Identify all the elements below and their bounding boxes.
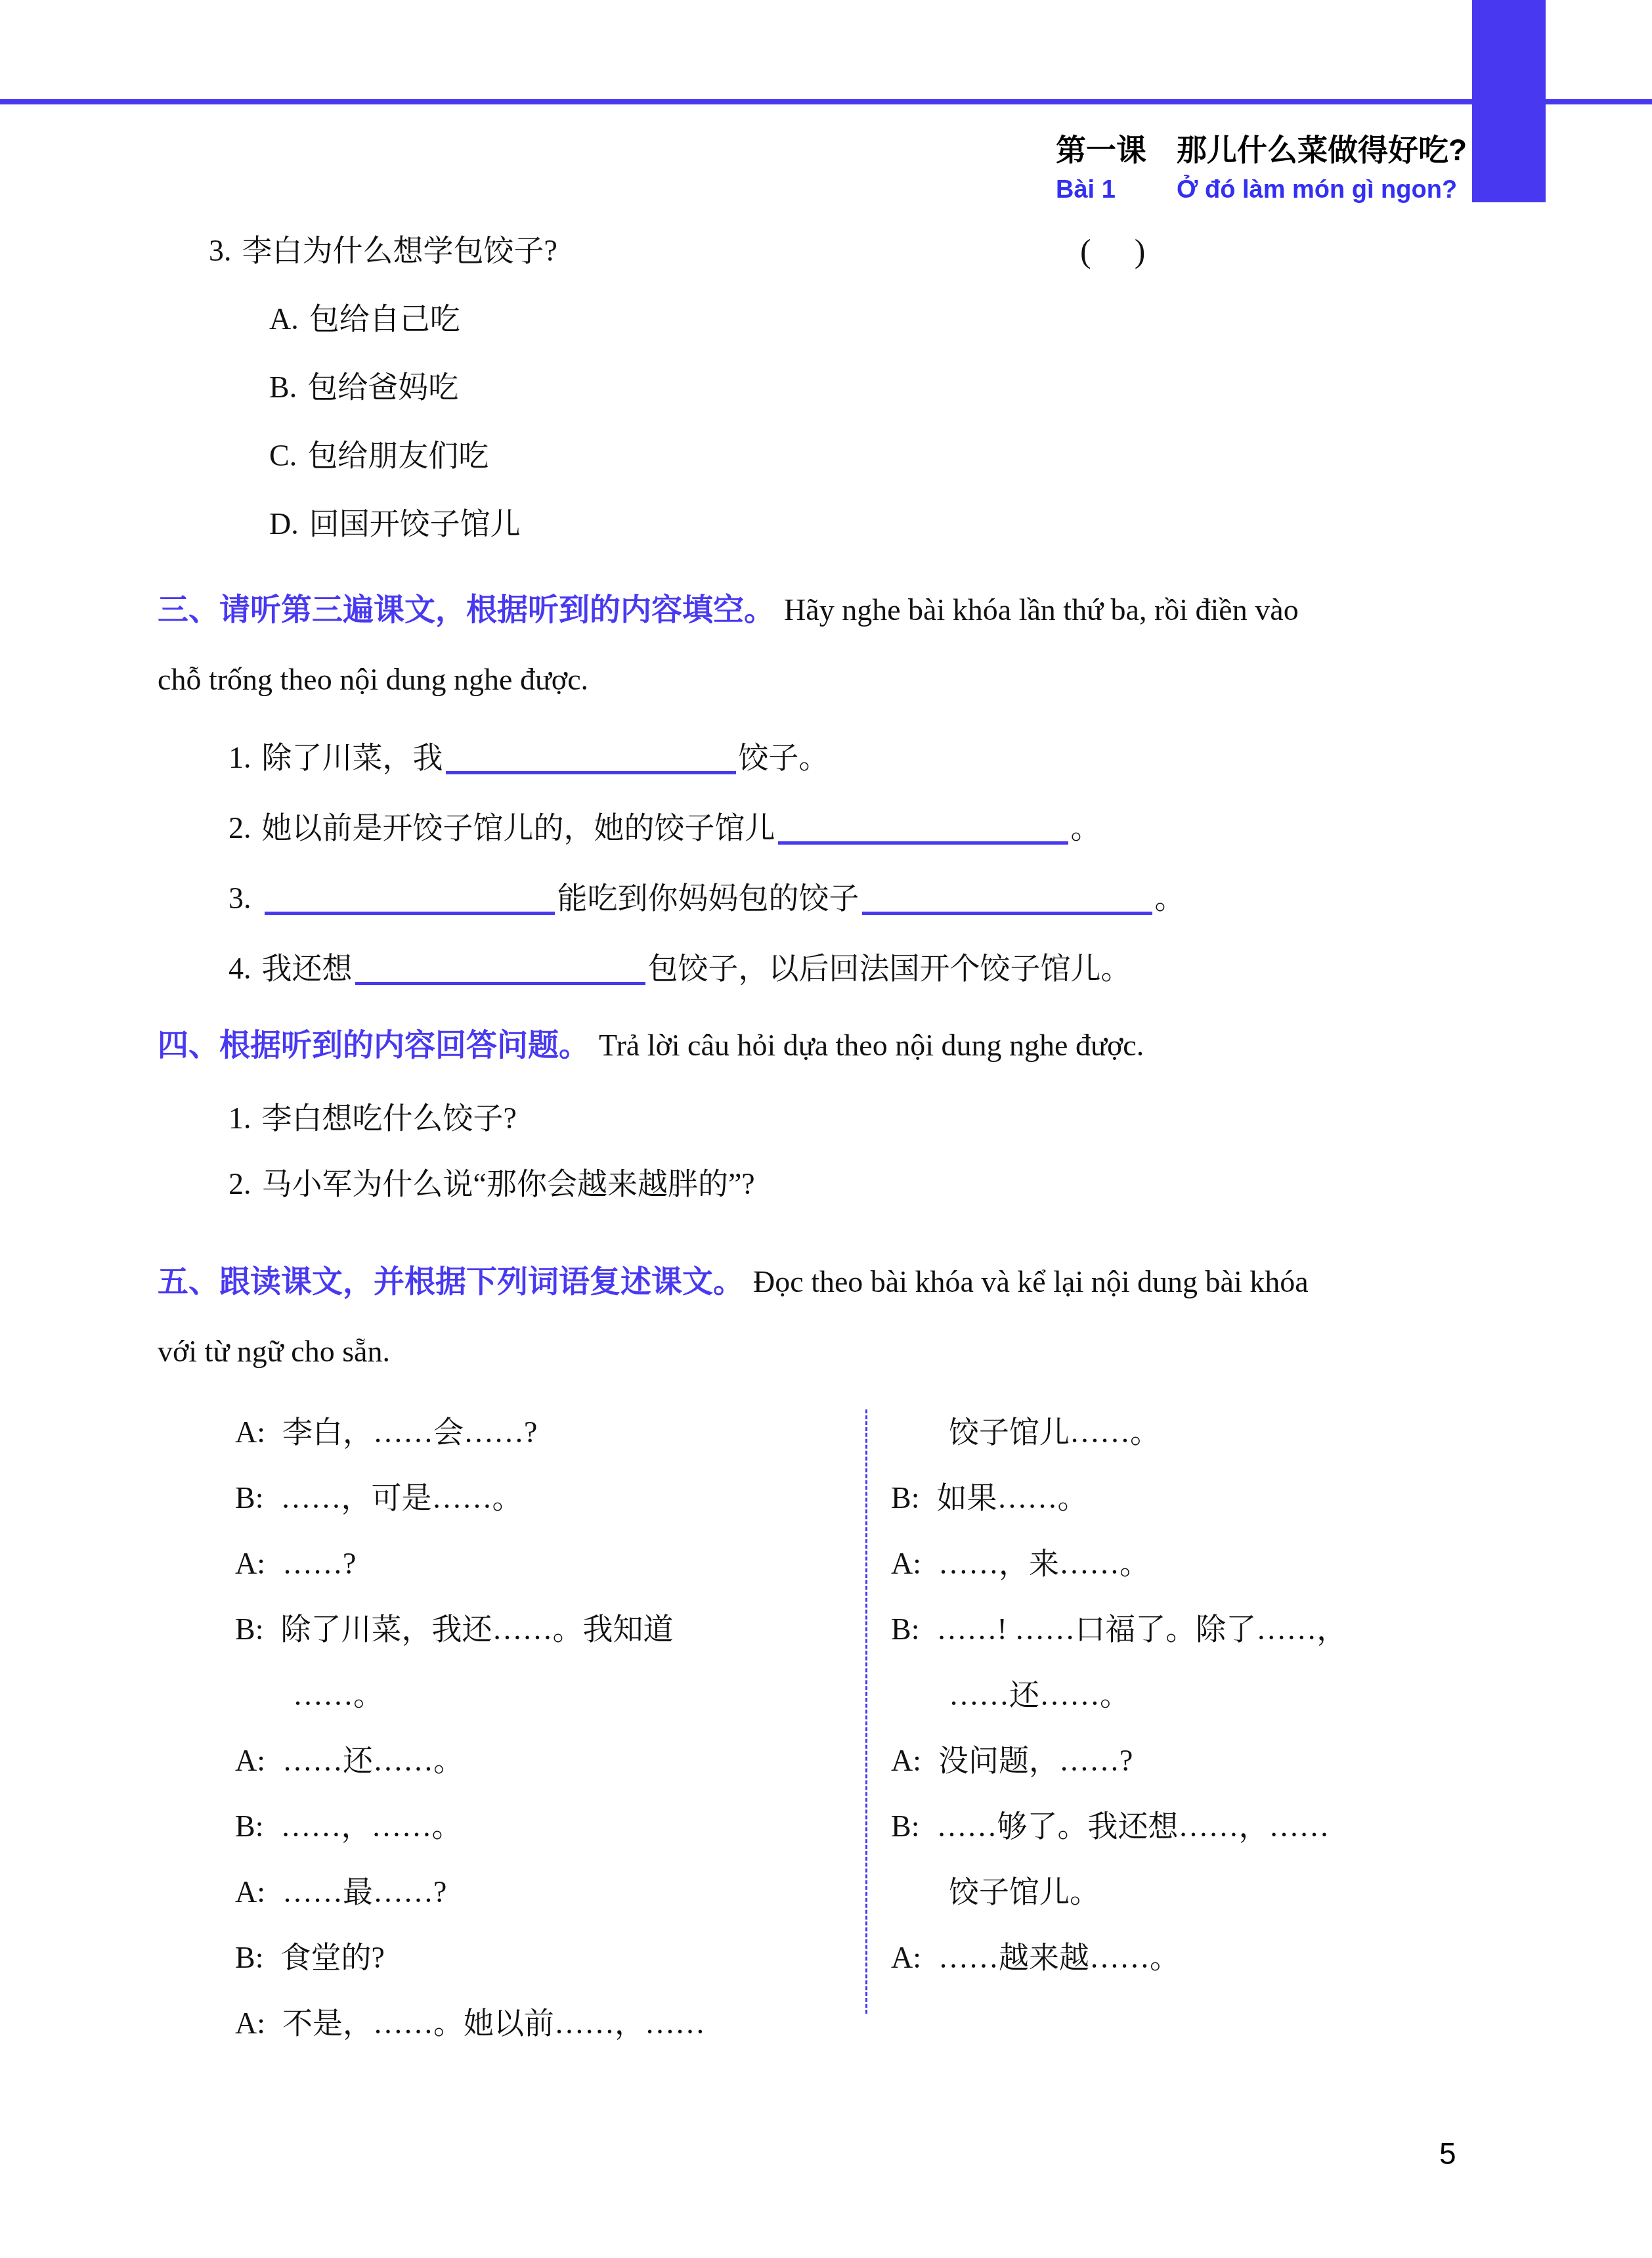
section-three-heading-zh: 三、请听第三遍课文，根据听到的内容填空。 — [158, 592, 775, 627]
answer-option: B.包给爸妈吃 — [269, 353, 1652, 422]
item-text: 马小军为什么说“那你会越来越胖的”? — [262, 1167, 755, 1201]
section-five-heading: 五、跟读课文，并根据下列词语复述课文。Đọc theo bài khóa và … — [158, 1247, 1333, 1386]
header-rule — [0, 99, 1652, 104]
page-number: 5 — [1439, 2136, 1456, 2171]
dialogue-line: A:……还……。 — [235, 1728, 865, 1794]
speaker-label: B: — [891, 1481, 919, 1515]
dialogue-text: 除了川菜，我还……。我知道 — [280, 1612, 673, 1646]
item-text: 她以前是开饺子馆儿的，她的饺子馆儿 — [262, 811, 775, 845]
dialogue-text: ……? — [282, 1547, 356, 1580]
dialogue-line: B:……，可是……。 — [235, 1465, 865, 1531]
dialogue-line: 饺子馆儿……。 — [949, 1400, 1482, 1465]
dialogue-text: ……越来越……。 — [938, 1941, 1180, 1974]
dialogue-line: ……。 — [293, 1662, 865, 1728]
item-text: 包饺子，以后回法国开个饺子馆儿。 — [648, 952, 1131, 985]
worksheet-content: 3.李白为什么想学包饺子? () A.包给自己吃B.包给爸妈吃C.包给朋友们吃D… — [0, 0, 1652, 2056]
dialogue-line: B:……够了。我还想……，…… — [891, 1794, 1482, 1859]
option-label: C. — [269, 439, 297, 472]
dialogue-line: B:除了川菜，我还……。我知道 — [235, 1597, 865, 1662]
item-number: 2. — [228, 811, 251, 845]
item-number: 4. — [228, 952, 251, 985]
option-text: 包给爸妈吃 — [307, 370, 458, 404]
item-number: 3. — [228, 881, 251, 915]
item-number: 1. — [228, 741, 251, 774]
answer-brackets: () — [1080, 217, 1145, 285]
dialogue-line: A:……最……? — [235, 1859, 865, 1925]
fill-item: 1.除了川菜，我饺子。 — [228, 722, 1652, 793]
item-text: 饺子。 — [739, 741, 829, 774]
answer-option: D.回国开饺子馆儿 — [269, 490, 1652, 558]
lesson-number-vi: Bài 1 — [1056, 176, 1177, 204]
dialogue-text: ……还……。 — [282, 1744, 464, 1777]
fill-blank — [265, 879, 555, 915]
answer-option: C.包给朋友们吃 — [269, 422, 1652, 490]
speaker-label: A: — [891, 1941, 921, 1974]
option-text: 回国开饺子馆儿 — [309, 507, 521, 541]
dialogue-line: B:……! ……口福了。除了……， — [891, 1597, 1482, 1662]
option-text: 包给朋友们吃 — [307, 439, 489, 472]
q3-options: A.包给自己吃B.包给爸妈吃C.包给朋友们吃D.回国开饺子馆儿 — [269, 285, 1652, 558]
item-number: 1. — [228, 1101, 251, 1135]
dialogue-text: ……，可是……。 — [280, 1481, 522, 1515]
item-text: 。 — [1155, 881, 1185, 915]
section-three-heading: 三、请听第三遍课文，根据听到的内容填空。Hãy nghe bài khóa lầ… — [158, 575, 1333, 715]
dialogue-line: B:食堂的? — [235, 1925, 865, 1991]
section-four-heading-zh: 四、根据听到的内容回答问题。 — [158, 1027, 590, 1062]
dialogue-line: A:不是，……。她以前……，…… — [235, 1991, 865, 2056]
option-label: B. — [269, 370, 297, 404]
lesson-header: 第一课 那儿什么菜做得好吃? Bài 1 Ở đó làm món gì ngo… — [1056, 126, 1467, 204]
fill-blank — [446, 738, 736, 774]
dialogue-text: 饺子馆儿……。 — [949, 1415, 1160, 1449]
dialogue-table: A:李白，……会……?B:……，可是……。A:……?B:除了川菜，我还……。我知… — [235, 1400, 1652, 2056]
dialogue-text: ……还……。 — [949, 1678, 1130, 1712]
dialogue-line: B:……，……。 — [235, 1794, 865, 1859]
speaker-label: B: — [235, 1941, 263, 1974]
dialogue-text: ……够了。我还想……，…… — [936, 1809, 1329, 1843]
speaker-label: B: — [891, 1612, 919, 1646]
speaker-label: A: — [235, 1547, 265, 1580]
dialogue-line: ……还……。 — [949, 1662, 1482, 1728]
dialogue-line: B:如果……。 — [891, 1465, 1482, 1531]
dialogue-text: 饺子馆儿。 — [949, 1875, 1100, 1909]
section-four-heading-vi: Trả lời câu hỏi dựa theo nội dung nghe đ… — [599, 1029, 1144, 1062]
dialogue-line: A:……，来……。 — [891, 1531, 1482, 1597]
lesson-title-vi: Ở đó làm món gì ngon? — [1177, 176, 1467, 204]
option-label: D. — [269, 507, 299, 541]
item-text: 。 — [1071, 811, 1101, 845]
section-four: 四、根据听到的内容回答问题。Trả lời câu hỏi dựa theo n… — [158, 1010, 1652, 1217]
speaker-label: A: — [235, 1744, 265, 1777]
worksheet-page: 第一课 那儿什么菜做得好吃? Bài 1 Ở đó làm món gì ngo… — [0, 0, 1652, 2258]
option-text: 包给自己吃 — [309, 302, 460, 336]
question-number: 3. — [209, 234, 232, 267]
section-five-heading-zh: 五、跟读课文，并根据下列词语复述课文。 — [158, 1264, 744, 1298]
item-text: 除了川菜，我 — [262, 741, 443, 774]
dialogue-line: A:没问题，……? — [891, 1728, 1482, 1794]
dialogue-right: 饺子馆儿……。B:如果……。A:……，来……。B:……! ……口福了。除了……，… — [867, 1400, 1482, 2056]
dialogue-text: 不是，……。她以前……，…… — [282, 2006, 705, 2040]
question-3-stem: 3.李白为什么想学包饺子? () — [209, 217, 1652, 285]
dialogue-text: 没问题，……? — [938, 1744, 1133, 1777]
section-five: 五、跟读课文，并根据下列词语复述课文。Đọc theo bài khóa và … — [158, 1247, 1652, 2056]
dialogue-text: ……! ……口福了。除了……， — [936, 1612, 1347, 1646]
speaker-label: A: — [235, 2006, 265, 2040]
fill-blank — [862, 879, 1152, 915]
dialogue-text: 食堂的? — [280, 1941, 384, 1974]
fill-blank — [355, 949, 645, 985]
speaker-label: A: — [891, 1744, 921, 1777]
question-3: 3.李白为什么想学包饺子? () A.包给自己吃B.包给爸妈吃C.包给朋友们吃D… — [209, 217, 1652, 558]
dialogue-line: A:……越来越……。 — [891, 1925, 1482, 1991]
question-item: 2.马小军为什么说“那你会越来越胖的”? — [228, 1151, 1652, 1217]
dialogue-left: A:李白，……会……?B:……，可是……。A:……?B:除了川菜，我还……。我知… — [235, 1400, 865, 2056]
section-three: 三、请听第三遍课文，根据听到的内容填空。Hãy nghe bài khóa lầ… — [158, 575, 1652, 1004]
speaker-label: B: — [235, 1481, 263, 1515]
dialogue-text: ……，来……。 — [938, 1547, 1150, 1580]
option-label: A. — [269, 302, 299, 336]
speaker-label: A: — [235, 1875, 265, 1909]
question-text: 李白为什么想学包饺子? — [242, 234, 557, 267]
dialogue-text: ……。 — [293, 1678, 383, 1712]
fill-item: 4.我还想包饺子，以后回法国开个饺子馆儿。 — [228, 933, 1652, 1004]
lesson-number-zh: 第一课 — [1056, 126, 1177, 169]
item-text: 我还想 — [262, 952, 353, 985]
speaker-label: A: — [235, 1415, 265, 1449]
item-text: 能吃到你妈妈包的饺子 — [557, 881, 859, 915]
bracket-left: ( — [1080, 232, 1091, 269]
item-number: 2. — [228, 1167, 251, 1201]
answer-option: A.包给自己吃 — [269, 285, 1652, 353]
speaker-label: B: — [235, 1809, 263, 1843]
speaker-label: B: — [891, 1809, 919, 1843]
dialogue-text: 如果……。 — [936, 1481, 1087, 1515]
fill-item: 2.她以前是开饺子馆儿的，她的饺子馆儿。 — [228, 793, 1652, 863]
item-text: 李白想吃什么饺子? — [262, 1101, 517, 1135]
question-item: 1.李白想吃什么饺子? — [228, 1086, 1652, 1151]
speaker-label: B: — [235, 1612, 263, 1646]
bracket-right: ) — [1135, 232, 1146, 269]
s4-items: 1.李白想吃什么饺子?2.马小军为什么说“那你会越来越胖的”? — [228, 1086, 1652, 1217]
corner-accent-bar — [1472, 0, 1546, 202]
dialogue-text: ……，……。 — [280, 1809, 462, 1843]
dialogue-text: 李白，……会……? — [282, 1415, 537, 1449]
lesson-title-zh: 那儿什么菜做得好吃? — [1177, 126, 1467, 169]
speaker-label: A: — [891, 1547, 921, 1580]
section-four-heading: 四、根据听到的内容回答问题。Trả lời câu hỏi dựa theo n… — [158, 1010, 1333, 1080]
dialogue-line: A:李白，……会……? — [235, 1400, 865, 1465]
fill-item: 3.能吃到你妈妈包的饺子。 — [228, 863, 1652, 933]
dialogue-text: ……最……? — [282, 1875, 446, 1909]
s3-items: 1.除了川菜，我饺子。2.她以前是开饺子馆儿的，她的饺子馆儿。3.能吃到你妈妈包… — [228, 722, 1652, 1004]
dialogue-line: A:……? — [235, 1531, 865, 1597]
dialogue-line: 饺子馆儿。 — [949, 1859, 1482, 1925]
fill-blank — [778, 808, 1068, 845]
